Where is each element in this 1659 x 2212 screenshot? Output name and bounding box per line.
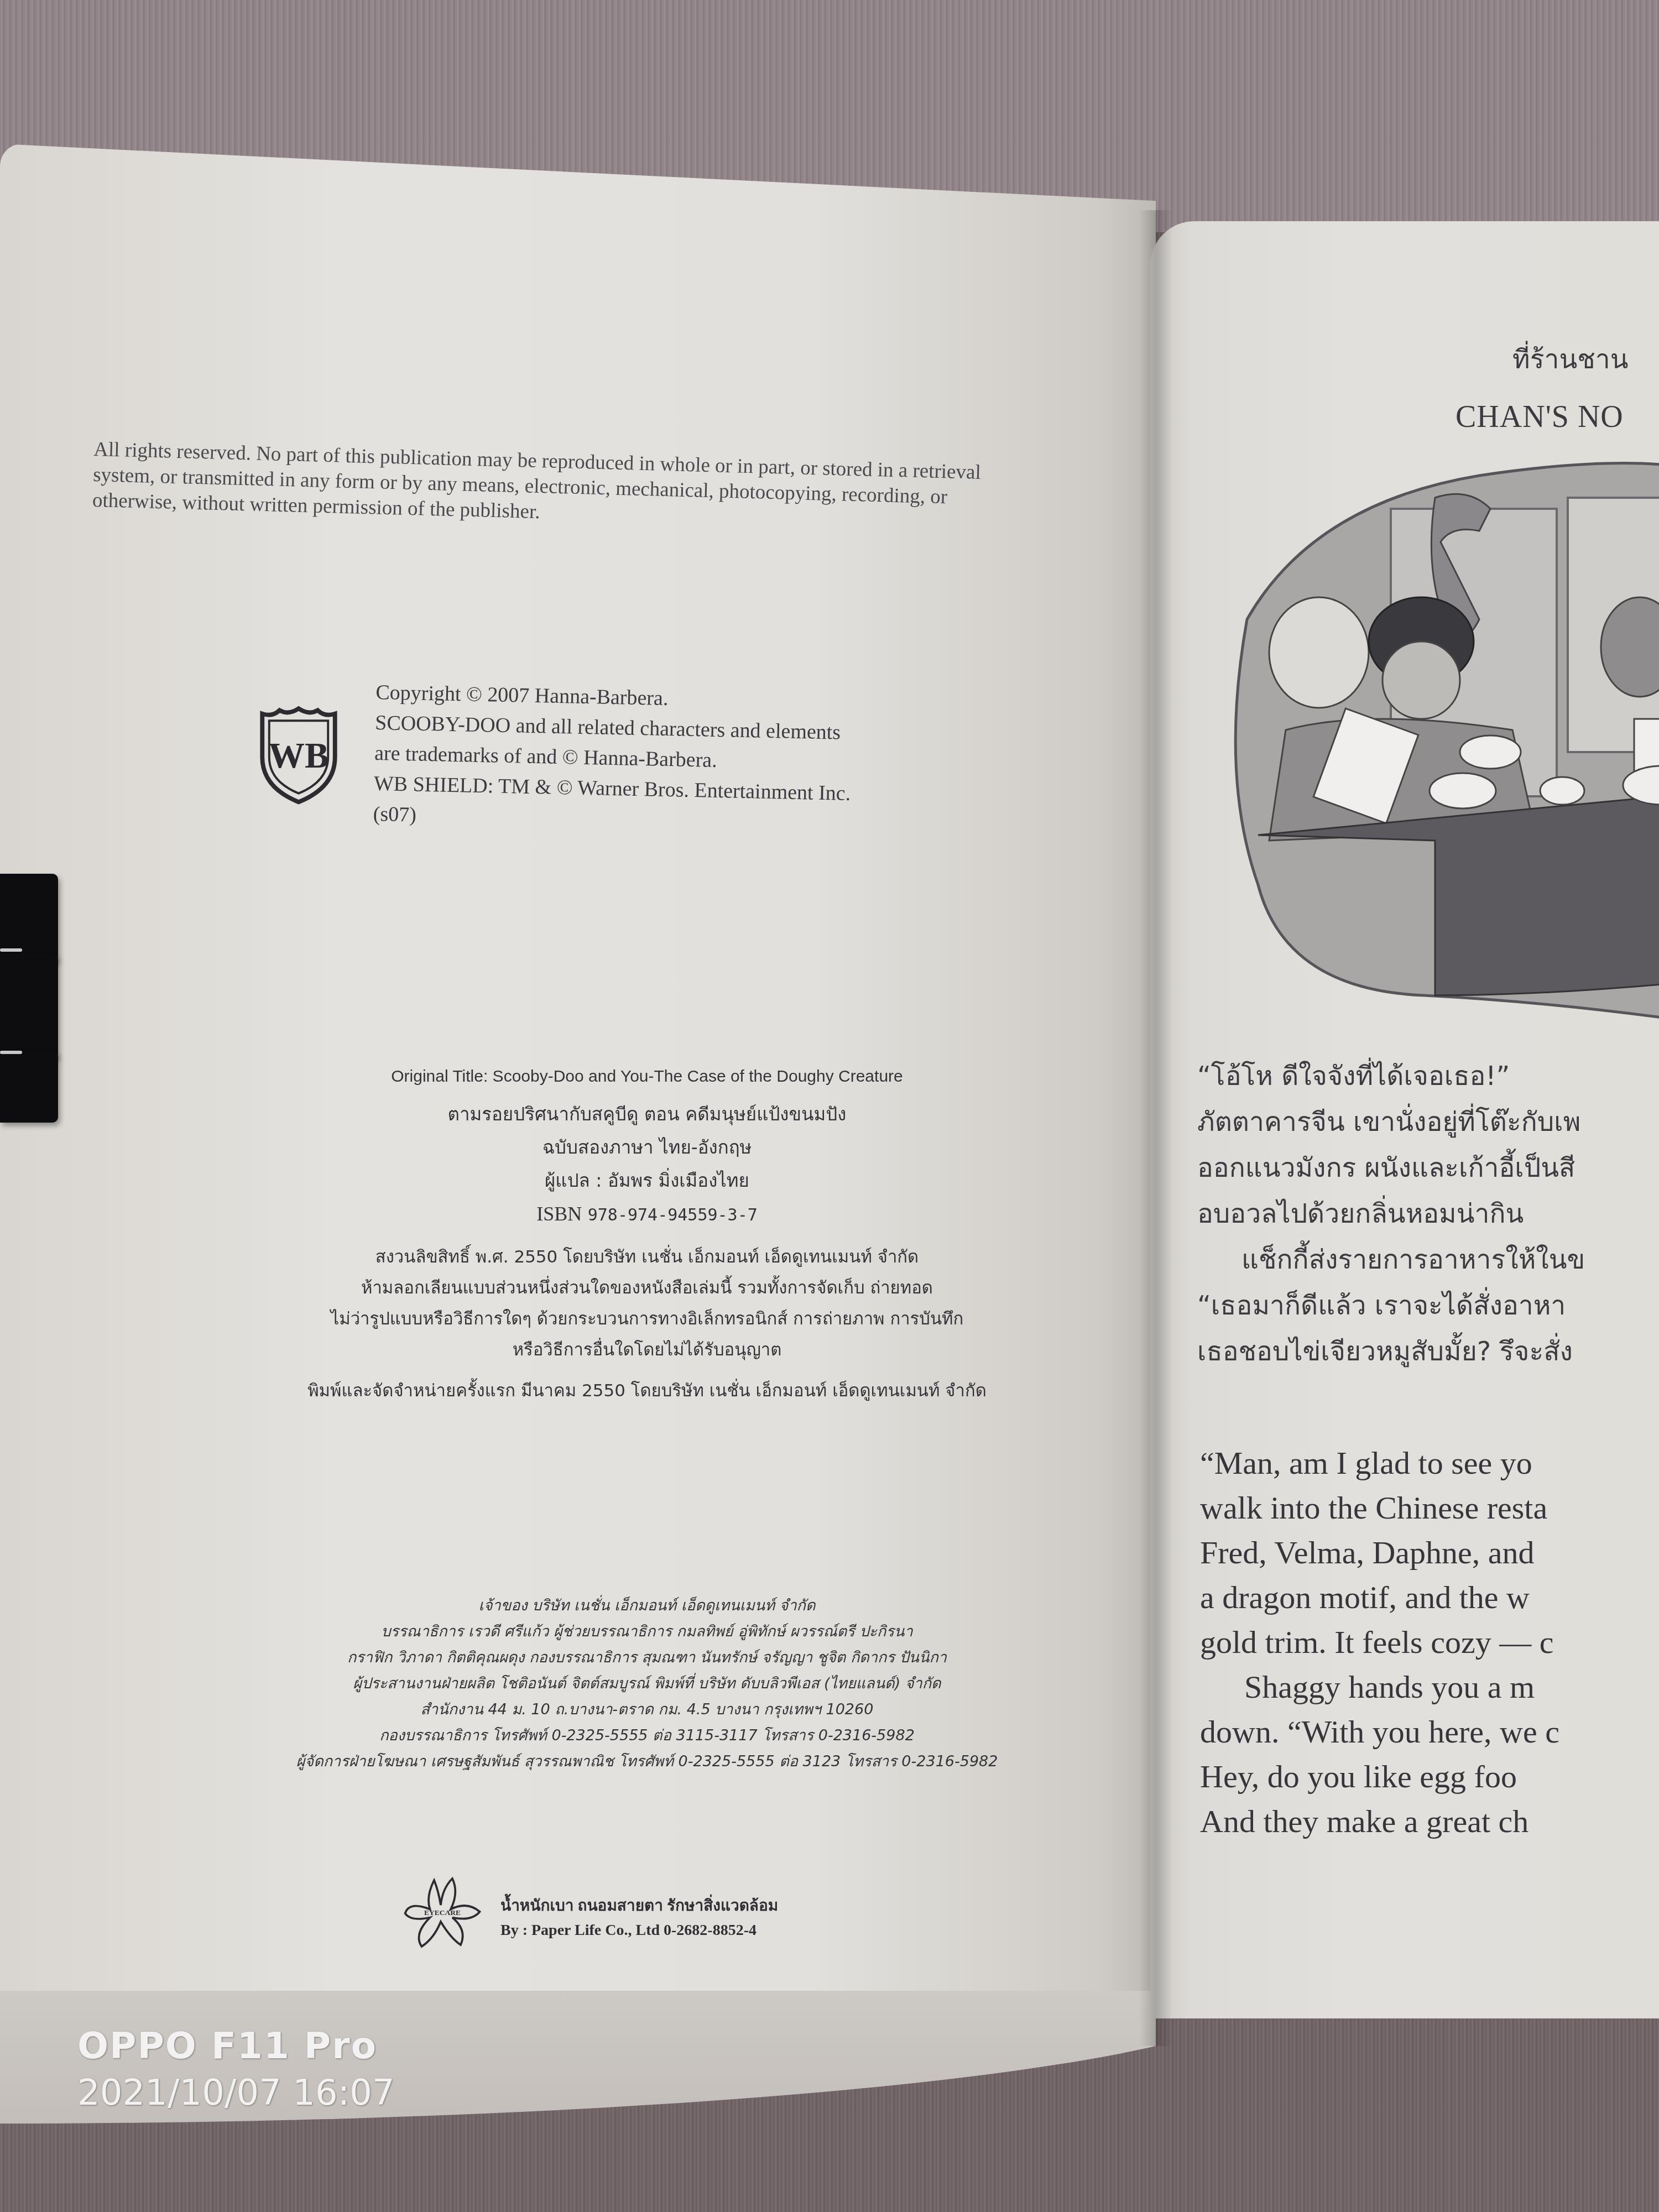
thai-line: “โอ้โห ดีใจจังที่ได้เจอเธอ!” — [1197, 1053, 1659, 1099]
thai-title: ตามรอยปริศนากับสคูบีดู ตอน คดีมนุษย์แป้ง… — [232, 1098, 1062, 1131]
first-print-line: พิมพ์และจัดจำหน่ายครั้งแรก มีนาคม 2550 โ… — [232, 1375, 1062, 1406]
staff-credits: เจ้าของ บริษัท เนชั่น เอ็กมอนท์ เอ็ดดูเท… — [232, 1593, 1062, 1775]
staff-line: เจ้าของ บริษัท เนชั่น เอ็กมอนท์ เอ็ดดูเท… — [232, 1593, 1062, 1619]
legal-notice: สงวนลิขสิทธิ์ พ.ศ. 2550 โดยบริษัท เนชั่น… — [232, 1241, 1062, 1406]
eco-supplier: By : Paper Life Co., Ltd 0-2682-8852-4 — [500, 1918, 778, 1943]
binder-clip-middle — [0, 954, 58, 1059]
camera-model: OPPO F11 Pro — [77, 2024, 395, 2068]
english-line: Hey, do you like egg foo — [1200, 1754, 1659, 1799]
chapter-title-english: CHAN'S NO — [1455, 399, 1624, 435]
staff-line: ผู้ประสานงานฝ่ายผลิต โชติอนันต์ จิตต์สมบ… — [232, 1671, 1062, 1697]
thai-story-text: “โอ้โห ดีใจจังที่ได้เจอเธอ!” ภัตตาคารจีน… — [1197, 1053, 1659, 1375]
english-line: Fred, Velma, Daphne, and — [1200, 1530, 1659, 1575]
copyright-notice: Copyright © 2007 Hanna-Barbera. SCOOBY-D… — [373, 677, 1150, 846]
svg-text:WB: WB — [268, 735, 329, 776]
isbn: ISBN 978-974-94559-3-7 — [232, 1197, 1062, 1232]
staff-line: กองบรรณาธิการ โทรศัพท์ 0-2325-5555 ต่อ 3… — [232, 1723, 1062, 1749]
binder-clip-bottom — [0, 1051, 58, 1123]
english-story-text: “Man, am I glad to see yo walk into the … — [1200, 1441, 1659, 1844]
legal-line: ไม่ว่ารูปแบบหรือวิธีการใดๆ ด้วยกระบวนการ… — [232, 1303, 1062, 1334]
translator: ผู้แปล : อัมพร มิ่งเมืองไทย — [232, 1164, 1062, 1197]
english-line: And they make a great ch — [1200, 1799, 1659, 1844]
edition-label: ฉบับสองภาษา ไทย-อังกฤษ — [232, 1131, 1062, 1164]
eco-text: น้ำหนักเบา ถนอมสายตา รักษาสิ่งแวดล้อม By… — [500, 1894, 778, 1943]
thai-line: ออกแนวมังกร ผนังและเก้าอี้เป็นสี — [1197, 1145, 1659, 1191]
staff-line: ผู้จัดการฝ่ายโฆษณา เศรษฐสัมพันธ์ สุวรรณพ… — [232, 1749, 1062, 1775]
camera-watermark: OPPO F11 Pro 2021/10/07 16:07 — [77, 2024, 395, 2118]
legal-line: หรือวิธีการอื่นใดโดยไม่ได้รับอนุญาต — [232, 1334, 1062, 1365]
english-line: walk into the Chinese resta — [1200, 1485, 1659, 1530]
eco-slogan: น้ำหนักเบา ถนอมสายตา รักษาสิ่งแวดล้อม — [500, 1894, 778, 1918]
eco-paper-label: EYECARE น้ำหนักเบา ถนอมสายตา รักษาสิ่งแว… — [398, 1872, 896, 1960]
wb-shield-icon: WB — [254, 705, 343, 805]
staff-line: กราฟิก วิภาดา กิตติคุณผดุง กองบรรณาธิการ… — [232, 1645, 1062, 1671]
english-line: Shaggy hands you a m — [1200, 1665, 1659, 1709]
isbn-label: ISBN — [536, 1203, 582, 1225]
eyecare-butterfly-icon: EYECARE — [398, 1872, 487, 1955]
capture-datetime: 2021/10/07 16:07 — [77, 2068, 395, 2118]
thai-line: ภัตตาคารจีน เขานั่งอยู่ที่โต๊ะกับเพ — [1197, 1099, 1659, 1145]
english-line: a dragon motif, and the w — [1200, 1575, 1659, 1620]
thai-line: แช็กกี้ส่งรายการอาหารให้ในข — [1197, 1237, 1659, 1283]
book-spine-shadow — [1139, 210, 1172, 2046]
staff-line: บรรณาธิการ เรวดี ศรีแก้ว ผู้ช่วยบรรณาธิก… — [232, 1619, 1062, 1645]
svg-text:EYECARE: EYECARE — [424, 1908, 461, 1917]
staff-line: สำนักงาน 44 ม. 10 ถ.บางนา-ตราด กม. 4.5 บ… — [232, 1697, 1062, 1723]
english-line: down. “With you here, we c — [1200, 1709, 1659, 1754]
legal-line: สงวนลิขสิทธิ์ พ.ศ. 2550 โดยบริษัท เนชั่น… — [232, 1241, 1062, 1272]
thai-line: อบอวลไปด้วยกลิ่นหอมน่ากิน — [1197, 1191, 1659, 1237]
english-line: gold trim. It feels cozy — c — [1200, 1620, 1659, 1665]
binder-clip-top — [0, 874, 58, 962]
chapter-title-thai: ที่ร้านชาน — [1512, 338, 1629, 380]
thai-line: “เธอมาก็ดีแล้ว เราจะได้สั่งอาหา — [1197, 1283, 1659, 1329]
isbn-value: 978-974-94559-3-7 — [588, 1206, 758, 1225]
english-line: “Man, am I glad to see yo — [1200, 1441, 1659, 1485]
legal-line: ห้ามลอกเลียนแบบส่วนหนึ่งส่วนใดของหนังสือ… — [232, 1272, 1062, 1303]
scooby-gang-restaurant-illustration — [1203, 442, 1659, 1023]
thai-line: เธอชอบไข่เจียวหมูสับมั้ย? รึจะสั่ง — [1197, 1329, 1659, 1375]
thai-title-block: ตามรอยปริศนากับสคูบีดู ตอน คดีมนุษย์แป้ง… — [232, 1098, 1062, 1232]
original-title: Original Title: Scooby-Doo and You-The C… — [232, 1067, 1062, 1086]
